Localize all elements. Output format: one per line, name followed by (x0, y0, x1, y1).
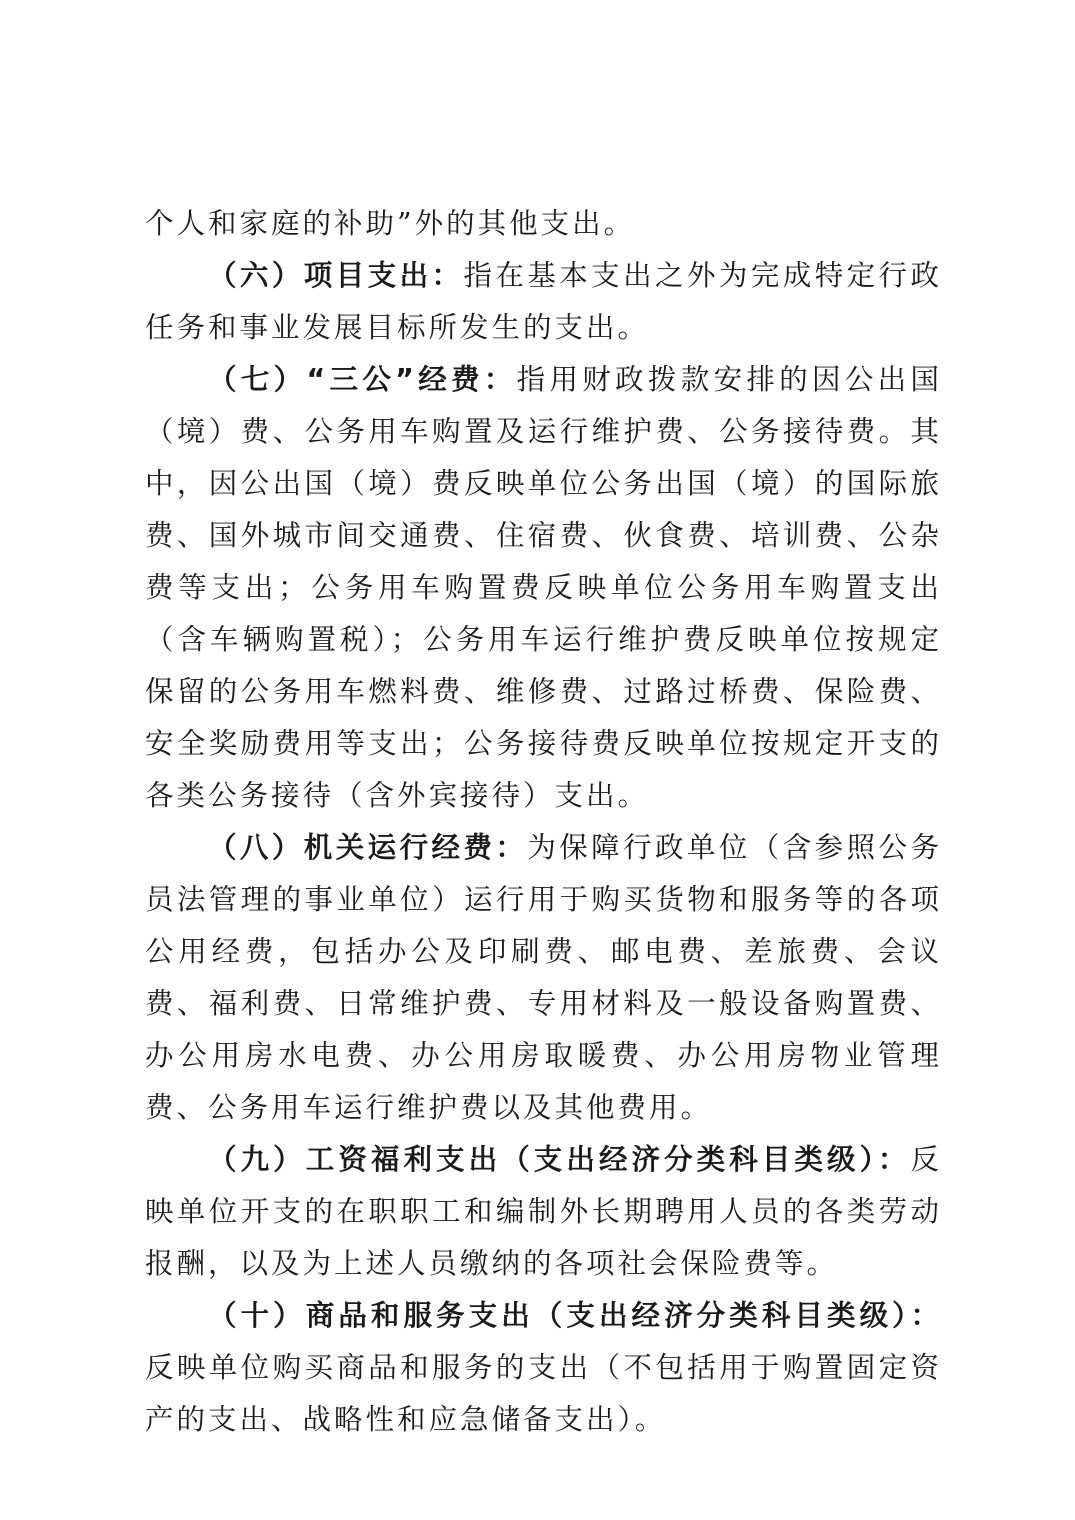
paragraph-three-public-expenses: （七）“三公”经费：指用财政拨款安排的因公出国（境）费、公务用车购置及运行维护费… (145, 354, 942, 822)
paragraph-body: 反映单位购买商品和服务的支出（不包括用于购置固定资产的支出、战略性和应急储备支出… (145, 1351, 942, 1436)
paragraph-agency-operating-expenses: （八）机关运行经费：为保障行政单位（含参照公务员法管理的事业单位）运行用于购买货… (145, 822, 942, 1134)
paragraph-body: 个人和家庭的补助”外的其他支出。 (145, 207, 635, 240)
paragraph-goods-services: （十）商品和服务支出（支出经济分类科目类级）：反映单位购买商品和服务的支出（不包… (145, 1290, 942, 1446)
paragraph-heading: （九）工资福利支出（支出经济分类科目类级）： (208, 1143, 910, 1176)
document-page: 个人和家庭的补助”外的其他支出。 （六）项目支出：指在基本支出之外为完成特定行政… (145, 198, 942, 1446)
paragraph-heading: （六）项目支出： (208, 259, 463, 292)
paragraph-project-expenditure: （六）项目支出：指在基本支出之外为完成特定行政任务和事业发展目标所发生的支出。 (145, 250, 942, 354)
paragraph-heading: （七）“三公”经费： (208, 363, 517, 396)
paragraph-body: 指用财政拨款安排的因公出国（境）费、公务用车购置及运行维护费、公务接待费。其中，… (145, 363, 942, 812)
paragraph-wages-welfare: （九）工资福利支出（支出经济分类科目类级）：反映单位开支的在职职工和编制外长期聘… (145, 1134, 942, 1290)
paragraph-continuation: 个人和家庭的补助”外的其他支出。 (145, 198, 942, 250)
paragraph-body: 为保障行政单位（含参照公务员法管理的事业单位）运行用于购买货物和服务等的各项公用… (145, 831, 942, 1124)
paragraph-heading: （八）机关运行经费： (208, 831, 527, 864)
paragraph-heading: （十）商品和服务支出（支出经济分类科目类级）： (208, 1299, 942, 1332)
